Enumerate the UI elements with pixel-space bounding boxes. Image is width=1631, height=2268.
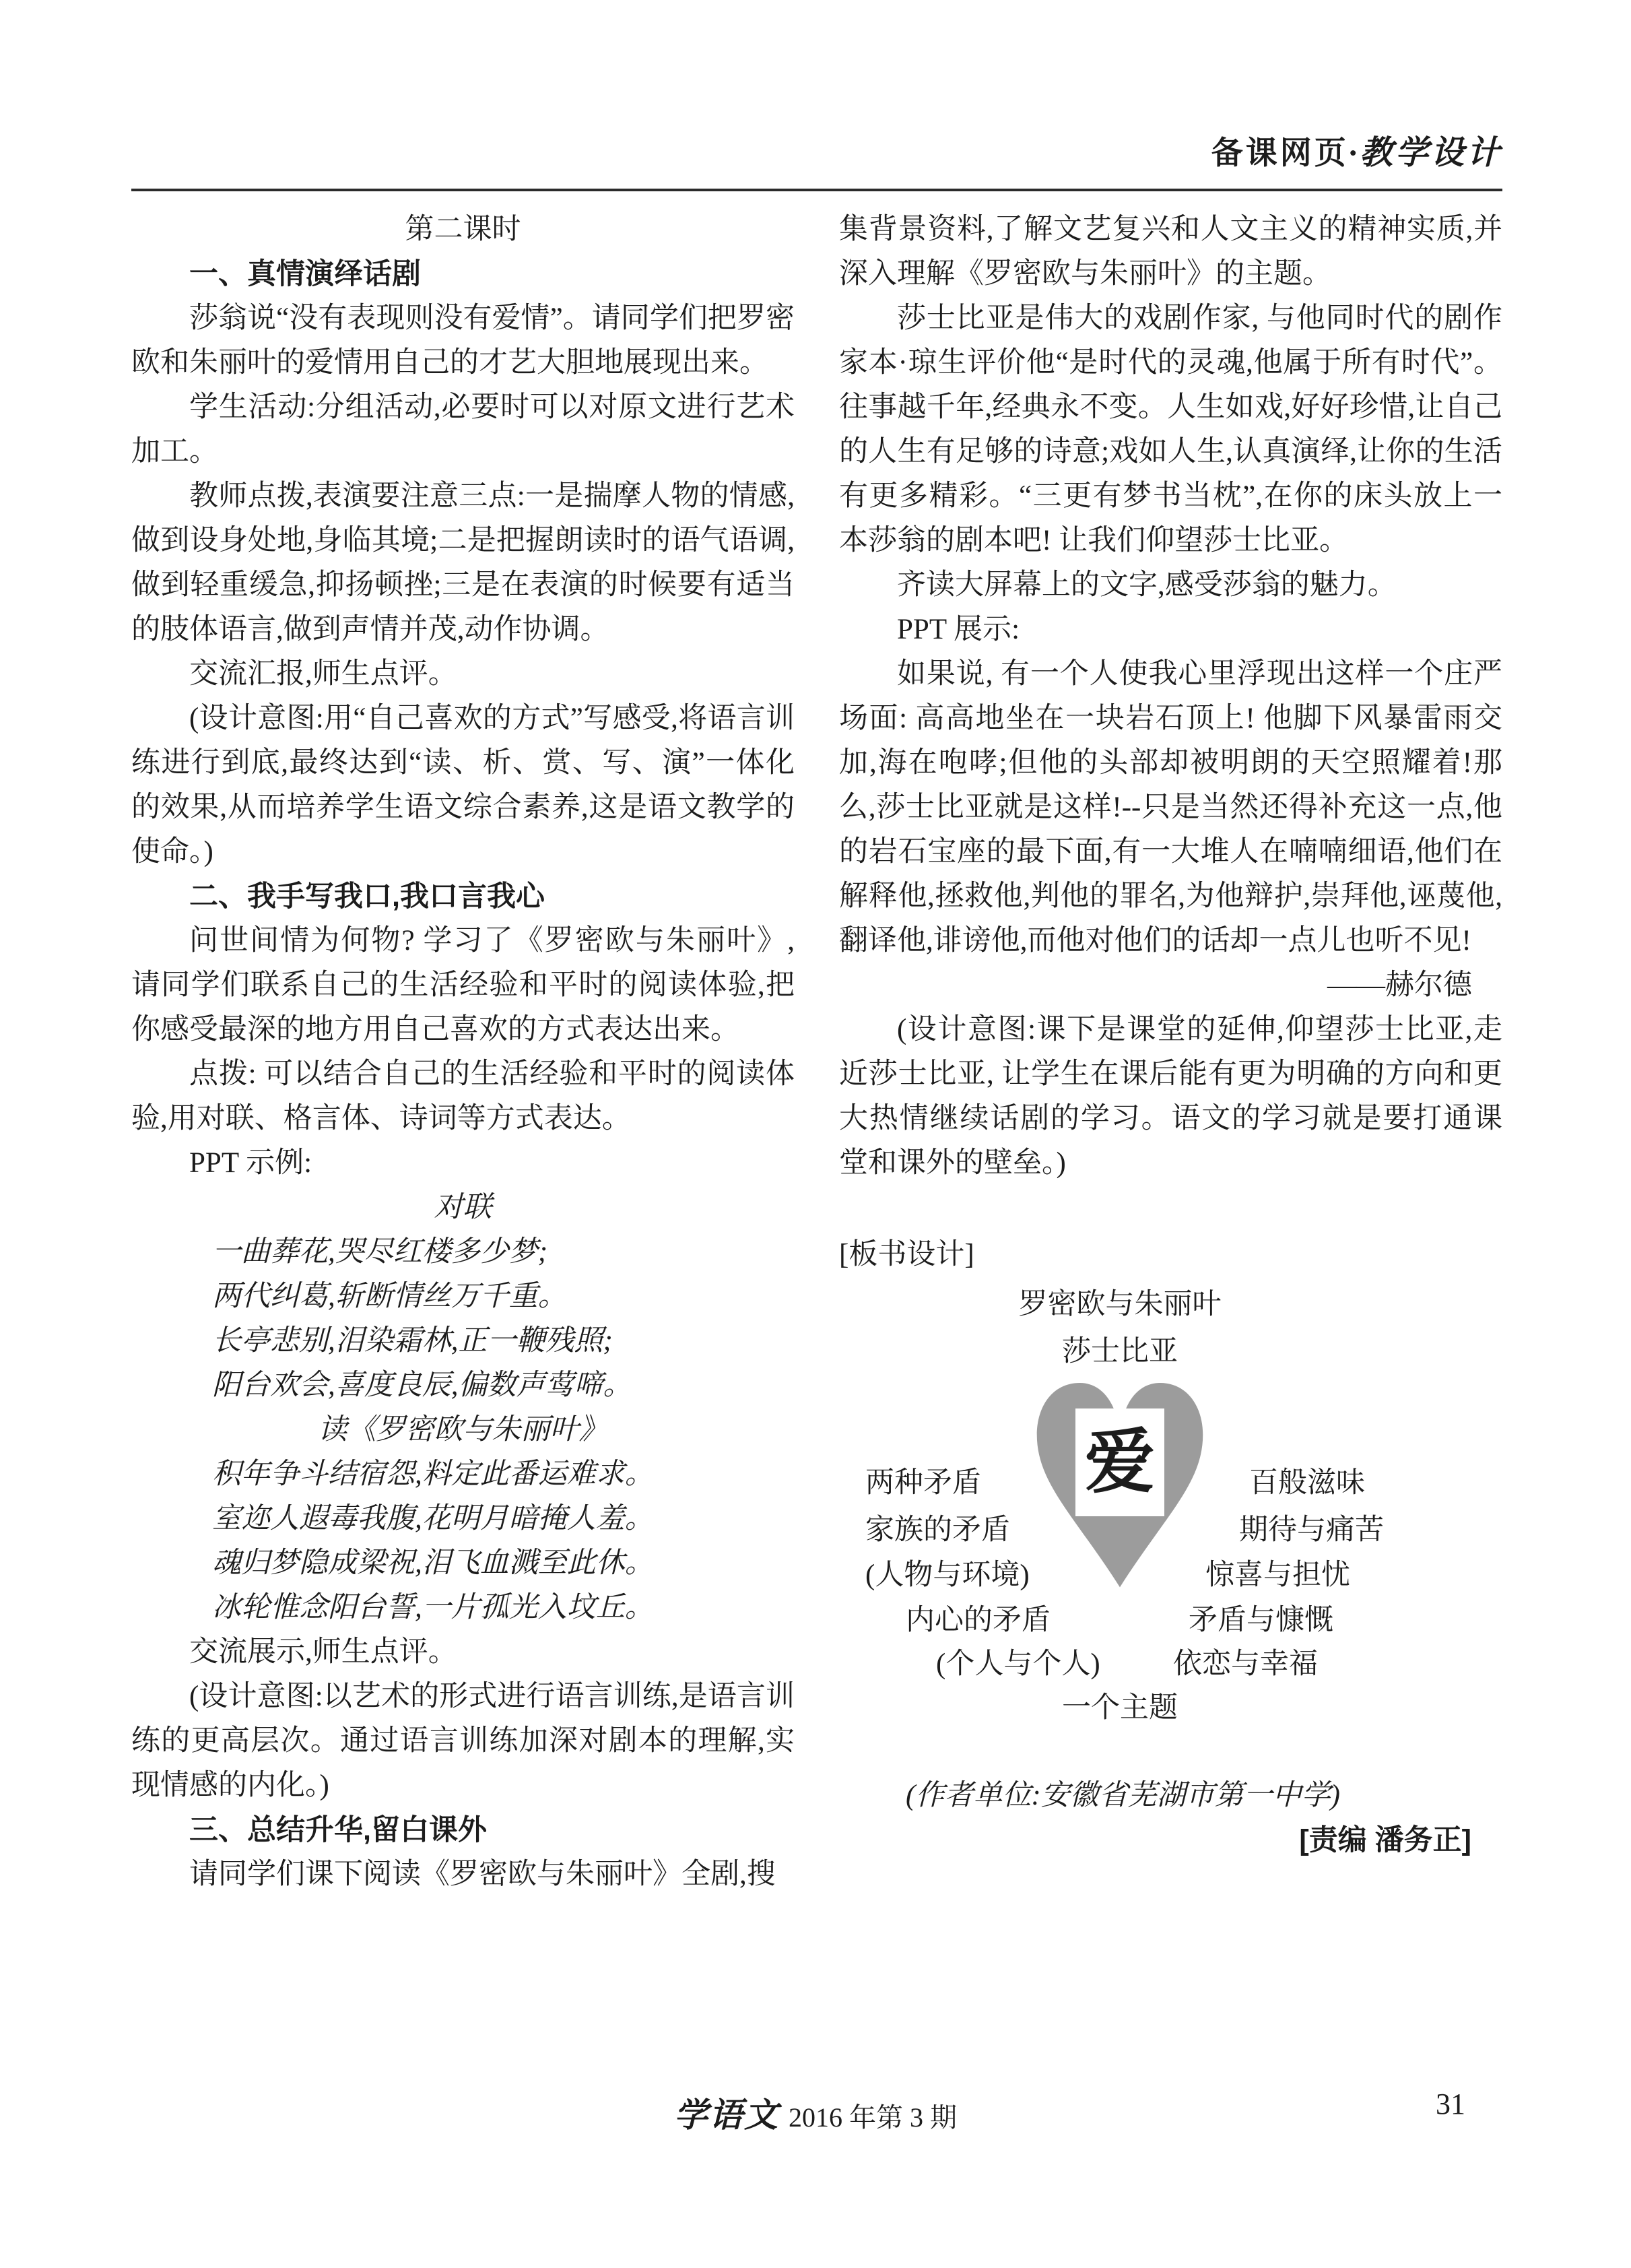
verse-line: 魂归梦隐成梁祝,泪飞血溅至此休。 [131, 1541, 795, 1586]
paragraph: 教师点拨,表演要注意三点:一是揣摩人物的情感,做到设身处地,身临其境;二是把握朗… [131, 474, 795, 652]
section-heading-2: 二、我手写我口,我口言我心 [131, 874, 795, 919]
paragraph: 点拨: 可以结合自己的生活经验和平时的阅读体验,用对联、格言体、诗词等方式表达。 [131, 1052, 795, 1141]
couplet-line: 两代纠葛,斩断情丝万千重。 [131, 1274, 795, 1319]
verse-line: 室迩人遐毒我腹,花明月暗掩人羞。 [131, 1497, 795, 1541]
paragraph: 交流汇报,师生点评。 [131, 652, 795, 696]
paragraph: 莎翁说“没有表现则没有爱情”。请同学们把罗密欧和朱丽叶的爱情用自己的才艺大胆地展… [131, 296, 795, 385]
journal-issue: 2016 年第 3 期 [789, 2102, 957, 2133]
left-column: 第二课时 一、真情演绎话剧 莎翁说“没有表现则没有爱情”。请同学们把罗密欧和朱丽… [131, 207, 795, 1897]
diagram-title: 罗密欧与朱丽叶 [839, 1283, 1401, 1327]
right-column: 集背景资料,了解文艺复兴和人文主义的精神实质,并深入理解《罗密欧与朱丽叶》的主题… [839, 207, 1502, 1883]
couplet-line: 长亭悲别,泪染霜林,正一鞭残照; [131, 1319, 795, 1363]
diagram-left-label: (人物与环境) [865, 1553, 1030, 1598]
header-column-name: ·教学设计 [1349, 134, 1502, 171]
section-heading-3: 三、总结升华,留白课外 [131, 1808, 795, 1852]
paragraph: 请同学们课下阅读《罗密欧与朱丽叶》全剧,搜 [131, 1852, 795, 1897]
ppt-example-label: PPT 示例: [131, 1141, 795, 1186]
diagram-left-label: 家族的矛盾 [865, 1508, 1010, 1553]
design-intent-note: (设计意图:以艺术的形式进行语言训练,是语言训练的更高层次。通过语言训练加深对剧… [131, 1675, 795, 1808]
session-title: 第二课时 [131, 207, 795, 252]
diagram-left-label: (个人与个人) [936, 1642, 1100, 1687]
verse-title: 读《罗密欧与朱丽叶》 [131, 1408, 795, 1452]
board-design-diagram: 罗密欧与朱丽叶 莎士比亚 爱 两种矛盾 家族的矛盾 (人物与环境) 内心的矛盾 … [839, 1277, 1502, 1883]
ppt-display-label: PPT 展示: [839, 608, 1502, 652]
journal-page: 备课网页·教学设计 第二课时 一、真情演绎话剧 莎翁说“没有表现则没有爱情”。请… [0, 0, 1631, 2268]
paragraph: 问世间情为何物? 学习了《罗密欧与朱丽叶》,请同学们联系自己的生活经验和平时的阅… [131, 919, 795, 1052]
love-character: 爱 [1085, 1427, 1155, 1497]
design-intent-note: (设计意图:课下是课堂的延伸,仰望莎士比亚,走近莎士比亚, 让学生在课后能有更为… [839, 1008, 1502, 1186]
paragraph: 学生活动:分组活动,必要时可以对原文进行艺术加工。 [131, 385, 795, 474]
paragraph: 莎士比亚是伟大的戏剧作家, 与他同时代的剧作家本·琼生评价他“是时代的灵魂,他属… [839, 296, 1502, 563]
couplet-line: 一曲葬花,哭尽红楼多少梦; [131, 1230, 795, 1274]
herder-quote: 如果说, 有一个人使我心里浮现出这样一个庄严场面: 高高地坐在一块岩石顶上! 他… [839, 652, 1502, 963]
paragraph-continuation: 集背景资料,了解文艺复兴和人文主义的精神实质,并深入理解《罗密欧与朱丽叶》的主题… [839, 207, 1502, 296]
header-section-name: 备课网页 [1211, 135, 1349, 170]
section-heading-1: 一、真情演绎话剧 [131, 252, 795, 296]
diagram-right-label: 矛盾与慷慨 [1189, 1598, 1333, 1643]
love-box: 爱 [1075, 1408, 1164, 1516]
page-footer: 学语文2016 年第 3 期 [0, 2088, 1631, 2137]
paragraph: 交流展示,师生点评。 [131, 1630, 795, 1675]
couplet-line: 阳台欢会,喜度良辰,偏数声莺啼。 [131, 1363, 795, 1408]
diagram-right-label: 惊喜与担忧 [1205, 1553, 1350, 1598]
page-header: 备课网页·教学设计 [131, 127, 1502, 191]
paragraph: 齐读大屏幕上的文字,感受莎翁的魅力。 [839, 563, 1502, 608]
author-affiliation: (作者单位:安徽省芜湖市第一中学) [906, 1774, 1340, 1818]
board-design-label: [板书设计] [839, 1233, 1502, 1277]
editor-note: [责编 潘务正] [839, 1818, 1471, 1862]
ppt-example-block: 对联 一曲葬花,哭尽红楼多少梦; 两代纠葛,斩断情丝万千重。 长亭悲别,泪染霜林… [131, 1186, 795, 1630]
couplet-title: 对联 [131, 1186, 795, 1230]
page-number: 31 [1436, 2087, 1465, 2121]
verse-line: 冰轮惟念阳台誓,一片孤光入坟丘。 [131, 1586, 795, 1630]
quote-attribution: ——赫尔德 [839, 963, 1502, 1008]
diagram-right-label: 百般滋味 [1249, 1461, 1365, 1505]
diagram-left-label: 两种矛盾 [865, 1461, 981, 1505]
diagram-left-label: 内心的矛盾 [906, 1598, 1051, 1643]
diagram-right-label: 依恋与幸福 [1173, 1642, 1318, 1687]
design-intent-note: (设计意图:用“自己喜欢的方式”写感受,将语言训练进行到底,最终达到“读、析、赏… [131, 696, 795, 874]
diagram-theme-label: 一个主题 [839, 1686, 1401, 1730]
diagram-right-label: 期待与痛苦 [1239, 1508, 1384, 1553]
journal-name: 学语文 [674, 2096, 779, 2134]
verse-line: 积年争斗结宿怨,料定此番运难求。 [131, 1452, 795, 1497]
